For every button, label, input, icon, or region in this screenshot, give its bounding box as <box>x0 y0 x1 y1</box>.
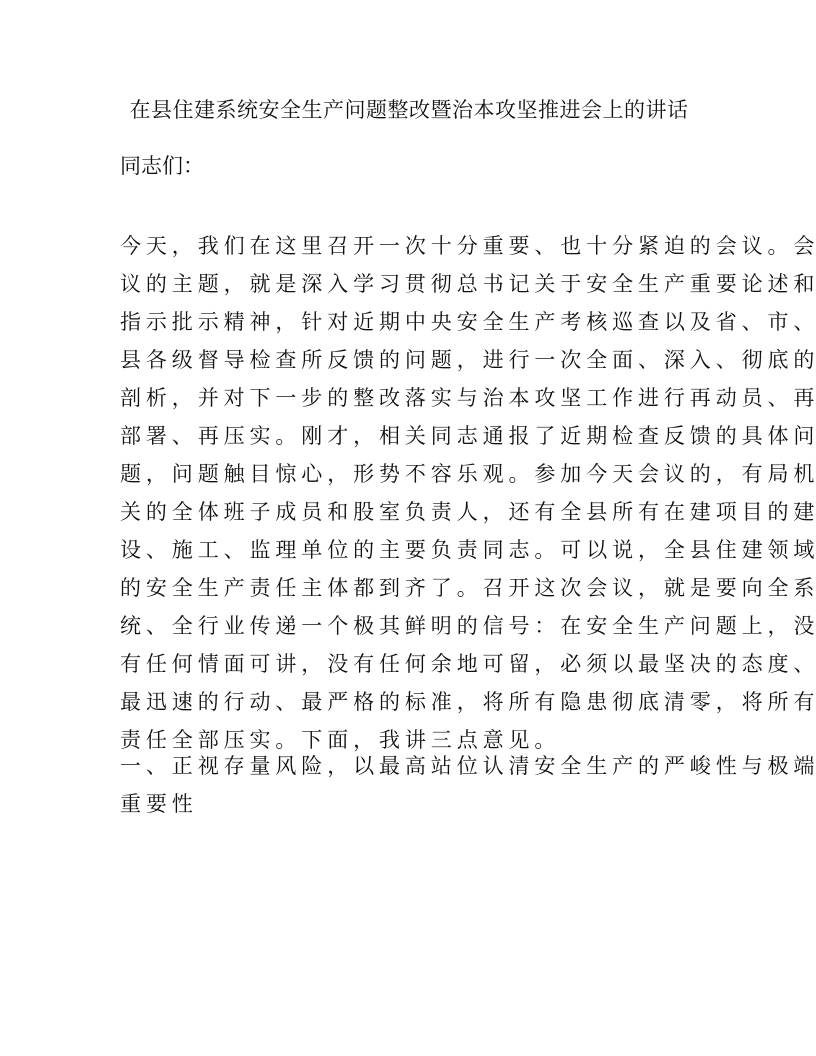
paragraph-line: 关的全体班子成员和股室负责人，还有全县所有在建项目的建 <box>120 493 698 531</box>
heading-line: 一、正视存量风险，以最高站位认清安全生产的严峻性与极端 <box>120 747 698 785</box>
paragraph-line: 最迅速的行动、最严格的标准，将所有隐患彻底清零，将所有 <box>120 683 698 721</box>
salutation: 同志们： <box>120 151 204 181</box>
section-heading-1: 一、正视存量风险，以最高站位认清安全生产的严峻性与极端 重要性 <box>120 747 698 823</box>
paragraph-line: 有任何情面可讲，没有任何余地可留，必须以最坚决的态度、 <box>120 645 698 683</box>
paragraph-line: 统、全行业传递一个极其鲜明的信号：在安全生产问题上，没 <box>120 607 698 645</box>
paragraph-line: 指示批示精神，针对近期中央安全生产考核巡查以及省、市、 <box>120 303 698 341</box>
paragraph-line: 部署、再压实。刚才，相关同志通报了近期检查反馈的具体问 <box>120 417 698 455</box>
paragraph-line: 设、施工、监理单位的主要负责同志。可以说，全县住建领域 <box>120 531 698 569</box>
document-title: 在县住建系统安全生产问题整改暨治本攻坚推进会上的讲话 <box>112 95 706 125</box>
heading-line: 重要性 <box>120 785 698 823</box>
opening-paragraph: 今天，我们在这里召开一次十分重要、也十分紧迫的会议。会 议的主题，就是深入学习贯… <box>120 227 698 759</box>
paragraph-line: 议的主题，就是深入学习贯彻总书记关于安全生产重要论述和 <box>120 265 698 303</box>
paragraph-line: 今天，我们在这里召开一次十分重要、也十分紧迫的会议。会 <box>120 227 698 265</box>
paragraph-line: 的安全生产责任主体都到齐了。召开这次会议，就是要向全系 <box>120 569 698 607</box>
paragraph-line: 县各级督导检查所反馈的问题，进行一次全面、深入、彻底的 <box>120 341 698 379</box>
paragraph-line: 剖析，并对下一步的整改落实与治本攻坚工作进行再动员、再 <box>120 379 698 417</box>
paragraph-line: 题，问题触目惊心，形势不容乐观。参加今天会议的，有局机 <box>120 455 698 493</box>
